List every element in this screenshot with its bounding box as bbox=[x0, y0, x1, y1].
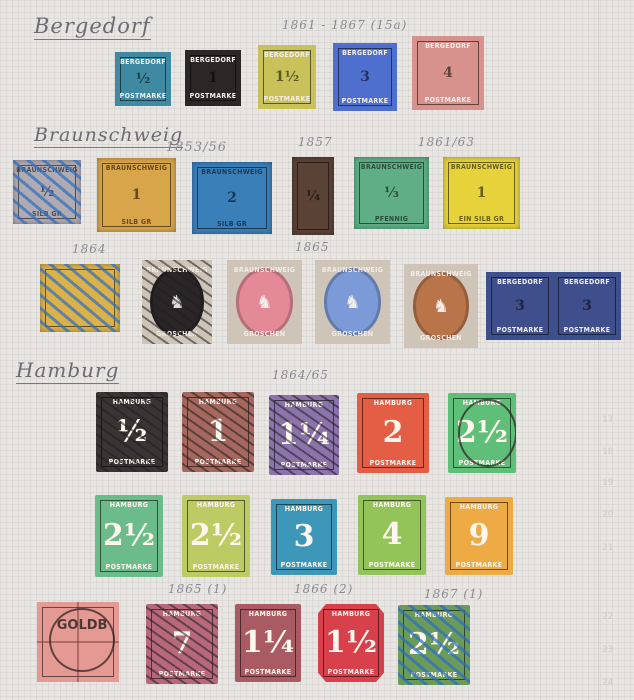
stamp-value: 2 bbox=[227, 191, 237, 205]
stamp-top-text: BRAUNSCHWEIG bbox=[315, 266, 390, 274]
stamp-hamburg-row1: HAMBURGPOSTMARKE1¼ bbox=[269, 395, 339, 475]
stamp-bottom-text: SILB GR bbox=[97, 218, 176, 226]
stamp-braunschweig-1853: BRAUNSCHWEIGPFENNIG⅓ bbox=[354, 157, 429, 229]
stamp-top-text: HAMBURG bbox=[182, 398, 254, 406]
stamp-value: 1¼ bbox=[242, 628, 294, 658]
stamp-hamburg-row1: HAMBURGPOSTMARKE2½ bbox=[448, 393, 516, 473]
stamp-bottom-text: POSTMARKE bbox=[357, 459, 429, 467]
stamp-braunschweig-1853: BRAUNSCHWEIGEIN SILB GR1 bbox=[443, 157, 520, 229]
stamp-top-text: BERGEDORF bbox=[185, 56, 241, 64]
stamp-braunschweig-1853: BRAUNSCHWEIGSILB GR½ bbox=[13, 160, 81, 224]
stamp-value: 4 bbox=[382, 520, 403, 550]
year-note: 1866 (2) bbox=[294, 582, 353, 596]
year-note: 1864 bbox=[72, 242, 107, 256]
stamp-bottom-text: POSTMARKE bbox=[333, 97, 397, 105]
row-number: 24 bbox=[602, 678, 613, 688]
stamp-bergedorf: BERGEDORFPOSTMARKE1½ bbox=[258, 45, 316, 109]
stamp-bottom-text: POSTMARKE bbox=[269, 461, 339, 469]
stamp-hamburg-row2: HAMBURGPOSTMARKE2½ bbox=[95, 495, 163, 577]
stamp-braunschweig-1853: ¼ bbox=[292, 157, 334, 235]
stamp-value: 1 bbox=[208, 417, 229, 447]
row-number: 18 bbox=[602, 447, 613, 457]
stamp-braunschweig-1864 bbox=[40, 264, 120, 332]
stamp-bottom-text: SILB GR bbox=[13, 210, 81, 218]
stamp-bottom-text: PFENNIG bbox=[354, 215, 429, 223]
stamp-braunschweig-1864: ♞BRAUNSCHWEIGGROSCHEN bbox=[315, 260, 390, 344]
stamp-top-text: HAMBURG bbox=[318, 610, 384, 618]
stamp-value: ½ bbox=[116, 417, 147, 447]
stamp-braunschweig-1864: ♞BRAUNSCHWEIGGROSCHEN bbox=[142, 260, 212, 344]
stamp-value: 1 bbox=[477, 186, 487, 200]
stamp-hamburg-row2: HAMBURGPOSTMARKE4 bbox=[358, 495, 426, 575]
stamp-value: 1½ bbox=[325, 628, 377, 658]
horse-icon: ♞ bbox=[169, 292, 185, 313]
stamp-hamburg-row3: HAMBURGPOSTMARKE1½ bbox=[318, 604, 384, 682]
stamp-value: 2½ bbox=[408, 630, 460, 660]
stamp-top-text: BRAUNSCHWEIG bbox=[404, 270, 478, 278]
stamp-bottom-text: GROSCHEN bbox=[404, 334, 478, 342]
stamp-bottom-text: POSTMARKE bbox=[553, 326, 621, 334]
stamp-top-text: HAMBURG bbox=[182, 501, 250, 509]
stamp-bottom-text: POSTMARKE bbox=[95, 563, 163, 571]
year-note: 1861/63 bbox=[418, 135, 475, 149]
stamp-value: 2 bbox=[383, 418, 404, 448]
year-note: 1865 (1) bbox=[168, 582, 227, 596]
stamp-top-text: BRAUNSCHWEIG bbox=[443, 163, 520, 171]
stamp-bergedorf: BERGEDORFPOSTMARKE4 bbox=[412, 36, 484, 110]
stamp-top-text: HAMBURG bbox=[357, 399, 429, 407]
stamp-bottom-text: POSTMARKE bbox=[185, 92, 241, 100]
stamp-value: 9 bbox=[469, 521, 490, 551]
stamp-top-text: BERGEDORF bbox=[486, 278, 554, 286]
year-note: 1853/56 bbox=[166, 140, 227, 155]
stamp-bottom-text: GROSCHEN bbox=[142, 330, 212, 338]
stamp-bottom-text: GROSCHEN bbox=[315, 330, 390, 338]
stamp-value: 1¼ bbox=[278, 420, 330, 450]
stamp-value: 7 bbox=[172, 629, 193, 659]
stamp-bottom-text: POSTMARKE bbox=[358, 561, 426, 569]
stamp-hamburg-row2: HAMBURGPOSTMARKE9 bbox=[445, 497, 513, 575]
stamp-value: ¼ bbox=[306, 189, 321, 203]
stamp-bottom-text: POSTMARKE bbox=[271, 561, 337, 569]
stamp-bottom-text: EIN SILB GR bbox=[443, 215, 520, 223]
year-note: 1867 (1) bbox=[424, 587, 483, 601]
year-note: 1865 bbox=[295, 240, 330, 254]
stamp-hamburg-row3: HAMBURGPOSTMARKE2½ bbox=[398, 605, 470, 685]
stamp-top-text: HAMBURG bbox=[358, 501, 426, 509]
stamp-top-text: HAMBURG bbox=[398, 611, 470, 619]
stamp-top-text: BRAUNSCHWEIG bbox=[142, 266, 212, 274]
stamp-value: 3 bbox=[294, 522, 315, 552]
stamp-bottom-text: POSTMARKE bbox=[96, 458, 168, 466]
section-heading-hamburg: Hamburg bbox=[16, 358, 119, 384]
stamp-bergedorf: BERGEDORFPOSTMARKE3 bbox=[333, 43, 397, 111]
stamp-top-text: BERGEDORF bbox=[553, 278, 621, 286]
stamp-hamburg-row1: HAMBURGPOSTMARKE½ bbox=[96, 392, 168, 472]
stamp-top-text: BRAUNSCHWEIG bbox=[13, 166, 81, 174]
stamp-bergedorf: BERGEDORFPOSTMARKE1 bbox=[185, 50, 241, 106]
album-page: 17 18 19 20 21 22 23 24 Bergedorf 1861 -… bbox=[0, 0, 634, 700]
stamp-top-text: BERGEDORF bbox=[412, 42, 484, 50]
postmark-circle bbox=[458, 399, 516, 467]
stamp-bottom-text: SILB GR bbox=[192, 220, 272, 228]
stamp-top-text: BRAUNSCHWEIG bbox=[97, 164, 176, 172]
stamp-top-text: BERGEDORF bbox=[115, 58, 171, 66]
stamp-value: ½ bbox=[136, 72, 151, 86]
stamp-bottom-text: POSTMARKE bbox=[318, 668, 384, 676]
section-heading-braunschweig: Braunschweig bbox=[34, 124, 183, 148]
stamp-value: ⅓ bbox=[384, 186, 399, 200]
stamp-value: ½ bbox=[40, 185, 55, 199]
stamp-value: 2½ bbox=[103, 521, 155, 551]
stamp-braunschweig-1864: ♞BRAUNSCHWEIGGROSCHEN bbox=[227, 260, 302, 344]
stamp-hamburg-row1: HAMBURGPOSTMARKE2 bbox=[357, 393, 429, 473]
stamp-braunschweig-1853: BRAUNSCHWEIGSILB GR2 bbox=[192, 162, 272, 234]
stamp-hamburg-row3: GOLDB bbox=[37, 602, 119, 682]
row-number: 21 bbox=[602, 543, 613, 553]
stamp-bottom-text: POSTMARKE bbox=[235, 668, 301, 676]
stamp-value: 3 bbox=[515, 299, 525, 313]
row-number: 20 bbox=[602, 510, 613, 520]
stamp-top-text: HAMBURG bbox=[95, 501, 163, 509]
stamp-bottom-text: POSTMARKE bbox=[412, 96, 484, 104]
stamp-bottom-text: POSTMARKE bbox=[182, 563, 250, 571]
stamp-top-text: HAMBURG bbox=[146, 610, 218, 618]
stamp-hamburg-row3: HAMBURGPOSTMARKE1¼ bbox=[235, 604, 301, 682]
stamp-bottom-text: POSTMARKE bbox=[115, 92, 171, 100]
postmark-circle: GOLDB bbox=[49, 608, 115, 672]
stamp-bottom-text: POSTMARKE bbox=[182, 458, 254, 466]
horse-icon: ♞ bbox=[433, 296, 449, 317]
section-heading-bergedorf: Bergedorf bbox=[34, 14, 151, 40]
stamp-bottom-text: POSTMARKE bbox=[258, 95, 316, 103]
stamp-top-text: HAMBURG bbox=[235, 610, 301, 618]
stamp-frame bbox=[45, 269, 115, 327]
horse-icon: ♞ bbox=[256, 292, 272, 313]
stamp-value: 1 bbox=[208, 71, 218, 85]
stamp-bottom-text: POSTMARKE bbox=[398, 671, 470, 679]
stamp-bottom-text: GROSCHEN bbox=[227, 330, 302, 338]
stamp-top-text: HAMBURG bbox=[271, 505, 337, 513]
stamp-bottom-text: POSTMARKE bbox=[486, 326, 554, 334]
stamp-hamburg-row2: HAMBURGPOSTMARKE3 bbox=[271, 499, 337, 575]
stamp-braunschweig-1864: ♞BRAUNSCHWEIGGROSCHEN bbox=[404, 264, 478, 348]
row-number: 17 bbox=[602, 415, 613, 425]
stamp-value: 1½ bbox=[275, 70, 299, 84]
stamp-top-text: BERGEDORF bbox=[333, 49, 397, 57]
stamp-hamburg-row1: HAMBURGPOSTMARKE1 bbox=[182, 392, 254, 472]
row-number: 19 bbox=[602, 478, 613, 488]
stamp-bergedorf-pair: BERGEDORFPOSTMARKE3 bbox=[486, 272, 554, 340]
stamp-top-text: HAMBURG bbox=[445, 503, 513, 511]
row-number: 22 bbox=[602, 612, 613, 622]
stamp-value: 4 bbox=[443, 66, 453, 80]
stamp-top-text: HAMBURG bbox=[269, 401, 339, 409]
stamp-value: 3 bbox=[360, 70, 370, 84]
stamp-hamburg-row2: HAMBURGPOSTMARKE2½ bbox=[182, 495, 250, 577]
stamp-bottom-text: POSTMARKE bbox=[445, 561, 513, 569]
stamp-top-text: BRAUNSCHWEIG bbox=[227, 266, 302, 274]
stamp-hamburg-row3: HAMBURGPOSTMARKE7 bbox=[146, 604, 218, 684]
stamp-bottom-text: POSTMARKE bbox=[146, 670, 218, 678]
margin-line bbox=[598, 0, 599, 700]
row-number: 23 bbox=[602, 645, 613, 655]
stamp-value: 1 bbox=[132, 188, 142, 202]
stamp-top-text: BRAUNSCHWEIG bbox=[354, 163, 429, 171]
year-note: 1857 bbox=[298, 135, 333, 149]
year-note: 1861 - 1867 (15a) bbox=[282, 18, 407, 32]
year-note: 1864/65 bbox=[272, 368, 329, 382]
stamp-top-text: HAMBURG bbox=[96, 398, 168, 406]
stamp-bergedorf: BERGEDORFPOSTMARKE½ bbox=[115, 52, 171, 106]
stamp-bergedorf-pair: BERGEDORFPOSTMARKE3 bbox=[553, 272, 621, 340]
stamp-top-text: BRAUNSCHWEIG bbox=[192, 168, 272, 176]
stamp-braunschweig-1853: BRAUNSCHWEIGSILB GR1 bbox=[97, 158, 176, 232]
stamp-top-text: BERGEDORF bbox=[258, 51, 316, 59]
stamp-value: 3 bbox=[582, 299, 592, 313]
horse-icon: ♞ bbox=[344, 292, 360, 313]
stamp-value: 2½ bbox=[190, 521, 242, 551]
